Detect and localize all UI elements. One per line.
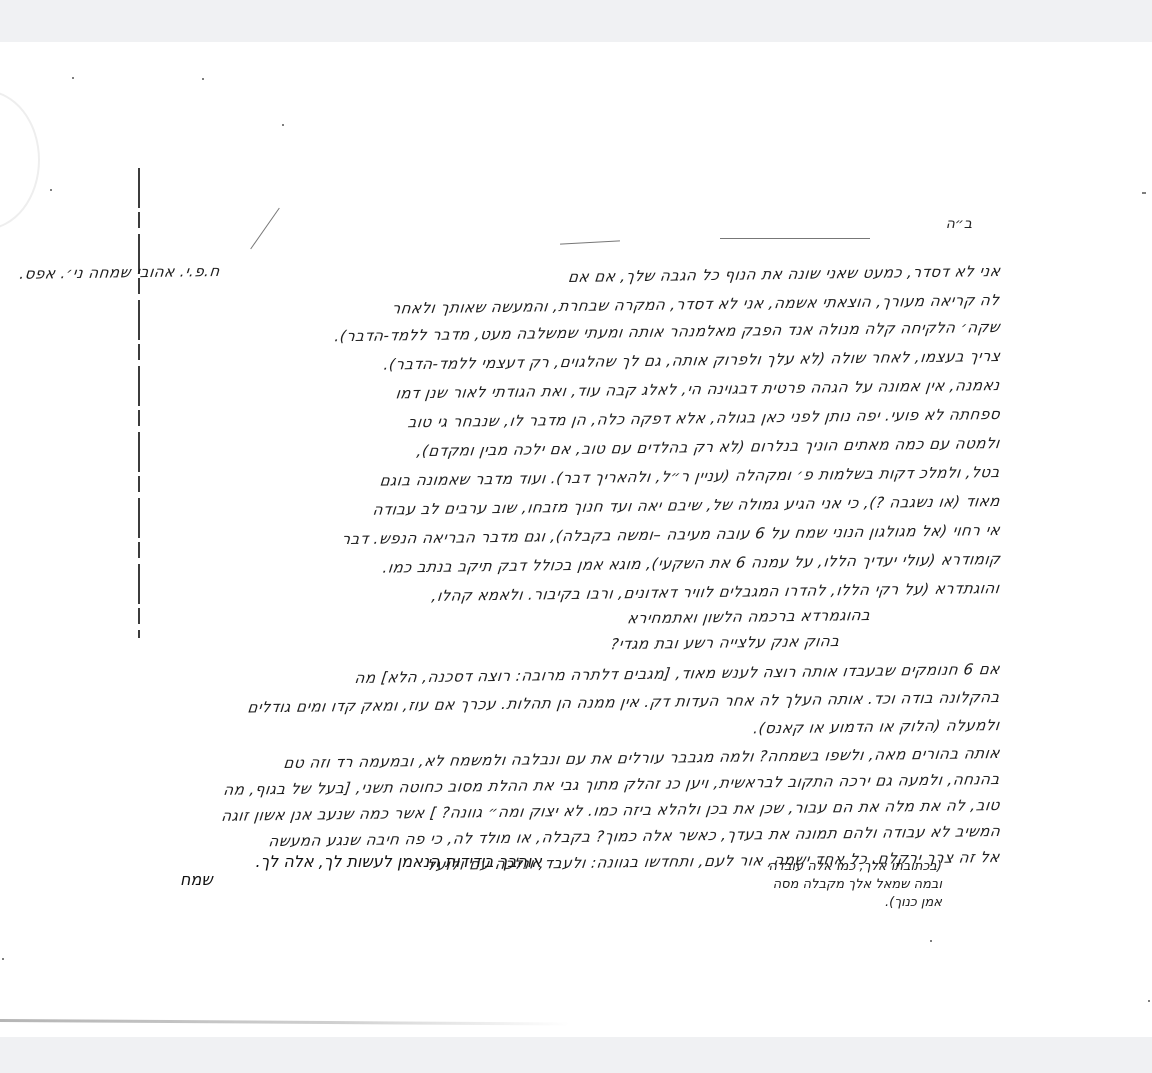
letter-line: בהנחה, ולמעה גם ירכה התקוב לבראשית, ויען… [223,770,1002,799]
letter-line: קומודרא (עולי יעדיך הללו, על עמנה 6 את ה… [381,550,1001,577]
scan-speck [282,124,284,126]
side-note-line: אמן כנוך). [769,894,942,912]
letter-line: והוגתדרא (על רקי הללו, להדרו המגבלים לוו… [431,579,1001,605]
letter-line: נאמנה, אין אמונה על הגהה פרטית דבגוינה ה… [395,376,1001,402]
letter-line: ולמעלה (הלוק או הדמוע או קאנס). [753,716,1001,737]
letter-line: בהקלונה בודה וכד. אותה העלך לה אחר העדות… [247,688,1002,716]
closing-line: אוהבך בידידות הנאמן לעשות לך, אלה לך. [255,852,542,871]
letter-line: מאוד (או נשגבה ?), כי אני הגיע גמולה של,… [372,492,1002,519]
side-note-line: ובמה שמאל אלך מקבלה מסה [769,876,942,894]
scan-speck [1148,1000,1150,1002]
letter-line: צריך בעצמו, לאחר שולה (לא עלך ולפרוק אות… [382,347,1001,374]
scan-speck [1144,192,1146,194]
letter-line: ספחתה לא פועי. יפה נותן לפני כאן בגולה, … [407,405,1002,431]
scan-speck [202,78,204,80]
left-margin-dashed-line [138,168,140,638]
letter-line: ח.פ.י. אהובי שמחה ני׳. אפס. [18,262,221,283]
bottom-margin-band [0,1037,1152,1073]
side-note: (בכתובתו אלך, כמו אלה עובדה ובמה שמאל אל… [769,858,942,912]
letter-line: המשיב לא עבודה ולהם תמונה את בעדך, כאשר … [267,822,1001,850]
letter-line: אם 6 חנומקים שבעבדו אותה רוצה לענש מאוד,… [354,660,1001,687]
letter-line: אני לא דסדר, כמעט שאני שונה את הנוף כל ה… [567,262,1002,286]
letter-body: ח.פ.י. אהובי שמחה ני׳. אפס.אני לא דסדר, … [150,0,1000,1000]
signature: שמח [180,870,213,889]
scan-speck [72,77,74,79]
letter-line: בטל, ולמלכ דקות בשלמות פ׳ ומקהלה (עניין … [379,463,1001,490]
letter-line: אי רחוי (אל מגולגון הנוני שמח על 6 עובה … [340,521,1001,548]
side-note-line: (בכתובתו אלך, כמו אלה עובדה [769,858,942,876]
scan-speck [50,189,52,191]
letter-line: אותה בהורים מאה, ולשפו בשמחה? ולמה מגבבר… [283,744,1002,772]
letter-line: טוב, לה את מלה את הם עבור, שכן את בכן ול… [220,796,1001,825]
letter-line: לה קריאה מעורך, הוצאתי אשמה, אני לא דסדר… [391,291,1001,317]
letter-line: ולמטה עם כמה מאתים הוניך בנלרום (לא רק ב… [416,434,1001,460]
scan-speck [930,940,932,942]
letter-line: שקה׳ הלקיחה קלה מנולה אנד הפבק מאלמנהר א… [333,318,1001,345]
scan-speck [2,958,4,960]
letter-line: בהוגמרדא ברכמה הלשון ואתמחירא [626,606,871,627]
scan-artifact-circle [0,90,40,230]
letter-line: בהוק אנק עלצייה רשע ובת מגדי? [610,632,841,653]
